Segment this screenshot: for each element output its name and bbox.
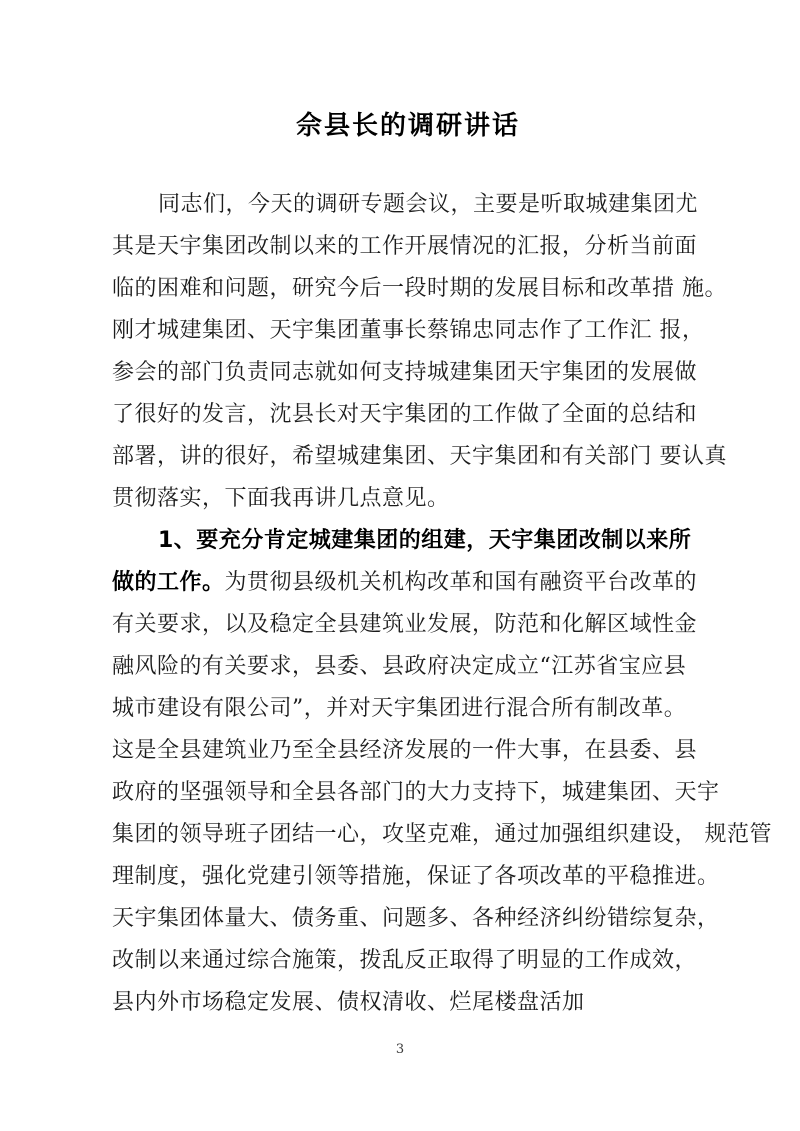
text-line: 改制以来通过综合施策，拨乱反正取得了明显的工作成效， — [112, 940, 704, 982]
document-page: 佘县长的调研讲话 同志们，今天的调研专题会议，主要是听取城建集团尤 其是天宇集团… — [0, 0, 800, 1131]
document-body: 同志们，今天的调研专题会议，主要是听取城建集团尤 其是天宇集团改制以来的工作开展… — [112, 184, 704, 1024]
line-text: 改制以来通过综合施策，拨乱反正取得了明显的工作成效， — [112, 948, 697, 973]
line-bold-text: 做的工作。 — [112, 570, 225, 595]
text-line: 这是全县建筑业乃至全县经济发展的一件大事，在县委、县 — [112, 730, 704, 772]
text-line: 贯彻落实，下面我再讲几点意见。 — [112, 478, 704, 520]
page-number: 3 — [0, 1042, 800, 1057]
line-text: 政府的坚强领导和全县各部门的大力支持下，城建集团、天宇 — [112, 780, 720, 805]
text-line: 刚才城建集团、天宇集团董事长蔡锦忠同志作了工作汇 报， — [112, 310, 704, 352]
line-text: 天宇集团体量大、债务重、问题多、各种经济纠纷错综复杂， — [112, 906, 720, 931]
line-text: 县内外市场稳定发展、债权清收、烂尾楼盘活加 — [112, 990, 585, 1015]
text-line: 参会的部门负责同志就如何支持城建集团天宇集团的发展做 — [112, 352, 704, 394]
text-line: 理制度，强化党建引领等措施，保证了各项改革的平稳推进。 — [112, 856, 704, 898]
line-text: 理制度，强化党建引领等措施，保证了各项改革的平稳推进。 — [112, 864, 720, 889]
text-line: 同志们，今天的调研专题会议，主要是听取城建集团尤 — [112, 184, 704, 226]
line-text: 为贯彻县级机关机构改革和国有融资平台改革的 — [225, 570, 698, 595]
line-text: 同志们，今天的调研专题会议，主要是听取城建集团尤 — [158, 192, 698, 217]
text-line: 融风险的有关要求，县委、县政府决定成立“江苏省宝应县 — [112, 646, 704, 688]
line-text: 临的困难和问题，研究今后一段时期的发展目标和改革措 施。 — [112, 276, 727, 301]
text-line: 县内外市场稳定发展、债权清收、烂尾楼盘活加 — [112, 982, 704, 1024]
line-text: 其是天宇集团改制以来的工作开展情况的汇报，分析当前面 — [112, 234, 697, 259]
text-line-numbered-heading: 1、要充分肯定城建集团的组建，天宇集团改制以来所 — [112, 520, 704, 562]
text-line: 做的工作。为贯彻县级机关机构改革和国有融资平台改革的 — [112, 562, 704, 604]
text-line: 其是天宇集团改制以来的工作开展情况的汇报，分析当前面 — [112, 226, 704, 268]
text-line: 了很好的发言，沈县长对天宇集团的工作做了全面的总结和 — [112, 394, 704, 436]
text-line: 临的困难和问题，研究今后一段时期的发展目标和改革措 施。 — [112, 268, 704, 310]
page-title: 佘县长的调研讲话 — [112, 108, 704, 144]
line-text: 城市建设有限公司”，并对天宇集团进行混合所有制改革。 — [112, 696, 686, 721]
line-text: 了很好的发言，沈县长对天宇集团的工作做了全面的总结和 — [112, 402, 697, 427]
line-text: 融风险的有关要求，县委、县政府决定成立“江苏省宝应县 — [112, 654, 686, 679]
line-text: 刚才城建集团、天宇集团董事长蔡锦忠同志作了工作汇 报， — [112, 318, 705, 343]
line-text: 这是全县建筑业乃至全县经济发展的一件大事，在县委、县 — [112, 738, 697, 763]
line-text: 集团的领导班子团结一心，攻坚克难，通过加强组织建设， 规范管 — [112, 822, 772, 847]
line-text: 部署，讲的很好，希望城建集团、天宇集团和有关部门 要认真 — [112, 444, 727, 469]
text-line: 政府的坚强领导和全县各部门的大力支持下，城建集团、天宇 — [112, 772, 704, 814]
text-line: 部署，讲的很好，希望城建集团、天宇集团和有关部门 要认真 — [112, 436, 704, 478]
line-text: 参会的部门负责同志就如何支持城建集团天宇集团的发展做 — [112, 360, 697, 385]
text-line: 集团的领导班子团结一心，攻坚克难，通过加强组织建设， 规范管 — [112, 814, 704, 856]
text-line: 有关要求，以及稳定全县建筑业发展，防范和化解区域性金 — [112, 604, 704, 646]
line-text: 贯彻落实，下面我再讲几点意见。 — [112, 486, 450, 511]
line-bold-text: 1、要充分肯定城建集团的组建，天宇集团改制以来所 — [158, 528, 691, 553]
text-line: 天宇集团体量大、债务重、问题多、各种经济纠纷错综复杂， — [112, 898, 704, 940]
text-line: 城市建设有限公司”，并对天宇集团进行混合所有制改革。 — [112, 688, 704, 730]
line-text: 有关要求，以及稳定全县建筑业发展，防范和化解区域性金 — [112, 612, 697, 637]
